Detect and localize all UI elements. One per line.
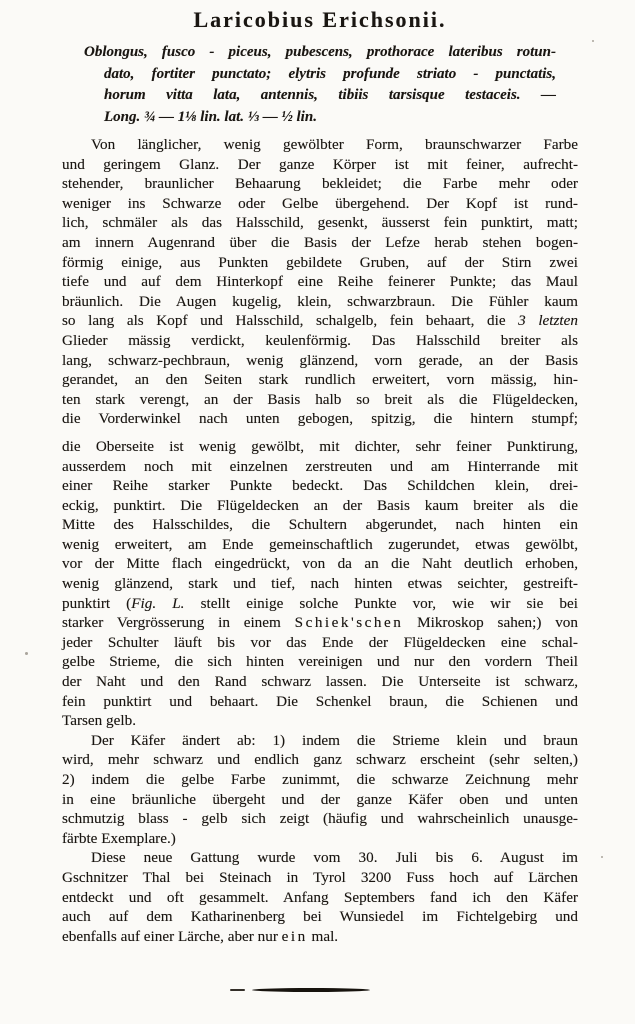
- text-line: wenig erweitert, am Ende gemeinschaftlic…: [62, 535, 578, 555]
- text-line: horum vitta lata, antennis, tibiis tarsi…: [104, 85, 556, 107]
- text-line: ten stark verengt, an der Basis halb so …: [62, 390, 578, 410]
- text-line: bräunlich. Die Augen kugelig, klein, sch…: [62, 292, 578, 312]
- swelled-rule: [252, 988, 370, 992]
- page-title: Laricobius Erichsonii.: [62, 6, 578, 34]
- text-line: der Naht und den Rand schwarz lassen. Di…: [62, 672, 578, 692]
- text-line: Von länglicher, wenig gewölbter Form, br…: [62, 135, 578, 155]
- text-line: gelbe Strieme, die sich hinten vereinige…: [62, 652, 578, 672]
- text-line: wenig glänzend, stark und tief, nach hin…: [62, 574, 578, 594]
- text-line: fein punktirt und behaart. Die Schenkel …: [62, 692, 578, 712]
- latin-diagnosis-block: Oblongus, fusco - piceus, pubescens, pro…: [84, 42, 556, 128]
- text-line: ebenfalls auf einer Lärche, aber nur ein…: [62, 927, 578, 947]
- paragraph-variation: Der Käfer ändert ab: 1) indem die Striem…: [62, 731, 578, 849]
- text-line: Der Käfer ändert ab: 1) indem die Striem…: [62, 731, 578, 751]
- italic-text: Fig. L.: [131, 595, 184, 612]
- text-line: förmig einige, aus Punkten gebildete Gru…: [62, 253, 578, 273]
- text-line: die Oberseite ist wenig gewölbt, mit dic…: [62, 437, 578, 457]
- text-line: Oblongus, fusco - piceus, pubescens, pro…: [84, 42, 556, 64]
- paragraph-description-hindpart: die Oberseite ist wenig gewölbt, mit dic…: [62, 437, 578, 731]
- text-line: am innern Augenrand über die Basis der L…: [62, 233, 578, 253]
- text-line: 2) indem die gelbe Farbe zunimmt, die sc…: [62, 770, 578, 790]
- letterspaced-text: ein: [282, 928, 308, 945]
- text-line: färbte Exemplare.): [62, 829, 578, 849]
- text-line: lich, schmäler als das Halsschild, gesen…: [62, 213, 578, 233]
- text-column: Laricobius Erichsonii. Oblongus, fusco -…: [62, 6, 578, 946]
- scan-speck: [601, 856, 603, 858]
- text-line: wird, mehr schwarz und endlich ganz schw…: [62, 750, 578, 770]
- text-line: entdeckt und oft gesammelt. Anfang Septe…: [62, 888, 578, 908]
- text-line: jeder Schulter läuft bis vor das Ende de…: [62, 633, 578, 653]
- footer-ornament: [0, 988, 617, 992]
- text-line: vor der Mitte flach eingedrückt, von da …: [62, 554, 578, 574]
- text-line: starker Vergrösserung in einem Schiek'sc…: [62, 613, 578, 633]
- text-line: stehender, braunlicher Behaarung bekleid…: [62, 174, 578, 194]
- scan-speck: [25, 652, 28, 655]
- body-text: Von länglicher, wenig gewölbter Form, br…: [62, 135, 578, 946]
- text-line: auch auf dem Katharinenberg bei Wunsiede…: [62, 907, 578, 927]
- text-line: eckig, punktirt. Die Flügeldecken an der…: [62, 496, 578, 516]
- scan-speck: [592, 40, 594, 42]
- letterspaced-text: Schiek'schen: [295, 614, 404, 631]
- text-line: schmutzig blass - gelb sich zeigt (häufi…: [62, 809, 578, 829]
- text-line: tiefe und auf dem Hinterkopf eine Reihe …: [62, 272, 578, 292]
- text-line: Gschnitzer Thal bei Steinach in Tyrol 32…: [62, 868, 578, 888]
- text-line: die Vorderwinkel nach unten gebogen, spi…: [62, 409, 578, 429]
- text-line: Glieder mässig verdickt, keulenförmig. D…: [62, 331, 578, 351]
- text-line: weniger ins Schwarze oder Gelbe übergehe…: [62, 194, 578, 214]
- text-line: Tarsen gelb.: [62, 711, 578, 731]
- text-line: in eine bräunliche übergeht und der ganz…: [62, 790, 578, 810]
- text-line: Mitte des Halsschildes, die Schultern ab…: [62, 515, 578, 535]
- text-line: punktirt (Fig. L. stellt einige solche P…: [62, 594, 578, 614]
- rule-dash: [230, 989, 245, 991]
- italic-text: 3 letzten: [518, 312, 578, 329]
- text-line: lang, schwarz-pechbraun, wenig glänzend,…: [62, 351, 578, 371]
- text-line: Long. ¾ — 1⅛ lin. lat. ⅓ — ½ lin.: [104, 107, 556, 129]
- text-line: und geringem Glanz. Der ganze Körper ist…: [62, 155, 578, 175]
- text-line: so lang als Kopf und Halsschild, schalge…: [62, 311, 578, 331]
- text-line: Diese neue Gattung wurde vom 30. Juli bi…: [62, 848, 578, 868]
- text-line: gerandet, an den Seiten stark rundlich e…: [62, 370, 578, 390]
- text-line: ausserdem noch mit einzelnen zerstreuten…: [62, 457, 578, 477]
- paragraph-occurrence: Diese neue Gattung wurde vom 30. Juli bi…: [62, 848, 578, 946]
- scanned-page: Laricobius Erichsonii. Oblongus, fusco -…: [0, 0, 635, 1024]
- text-line: dato, fortiter punctato; elytris profund…: [104, 64, 556, 86]
- paragraph-description-forepart: Von länglicher, wenig gewölbter Form, br…: [62, 135, 578, 429]
- text-line: einer Reihe starker Punkte bedeckt. Das …: [62, 476, 578, 496]
